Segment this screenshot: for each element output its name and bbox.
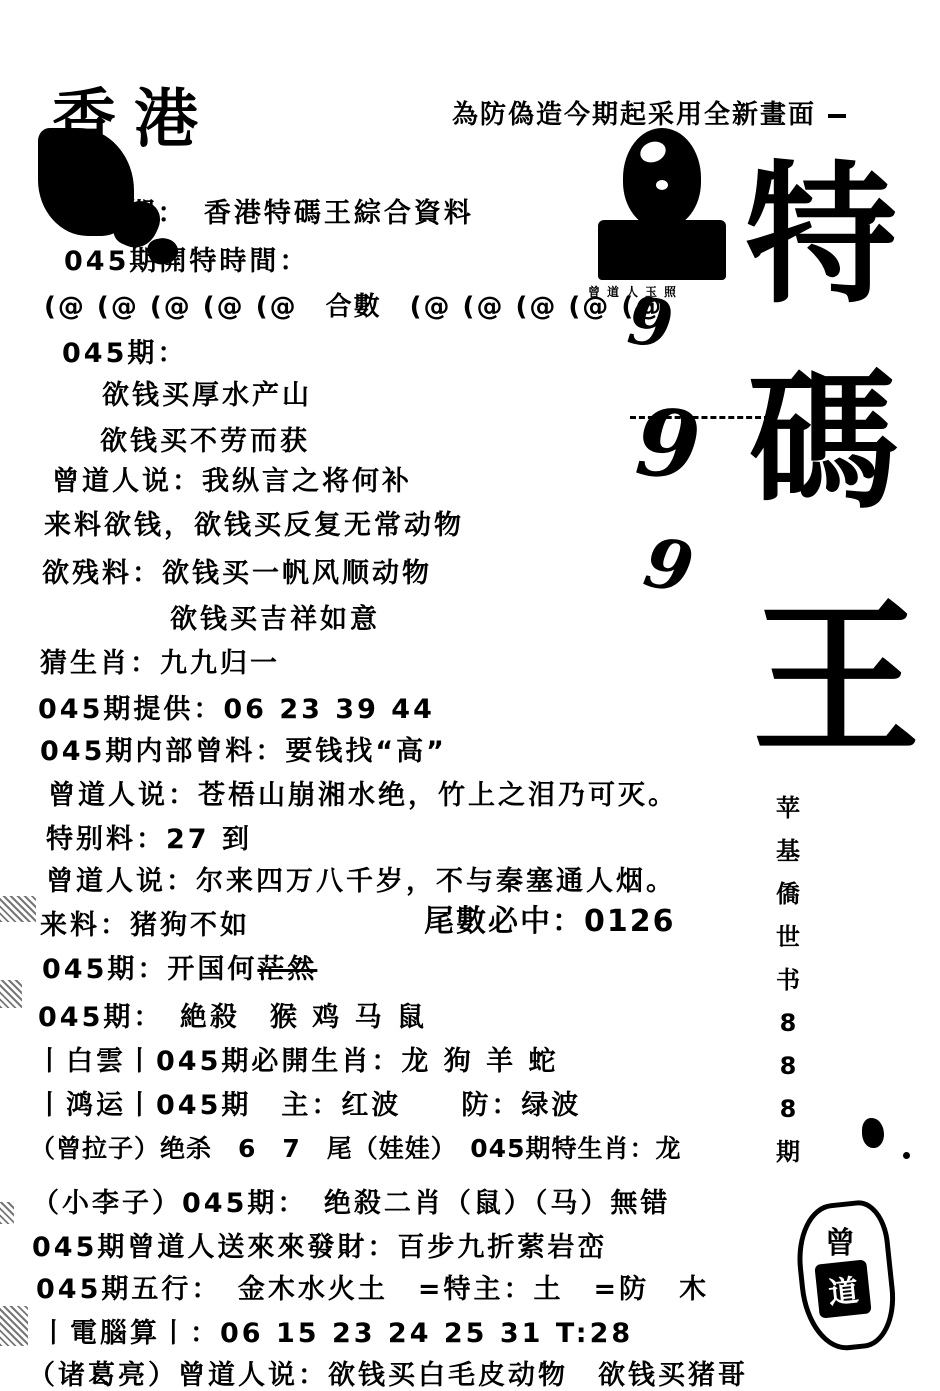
line-absolute-kill: 045期： 絶殺 猴 鸡 马 鼠 — [38, 1002, 427, 1034]
side-char: 僑 — [776, 882, 800, 906]
line-hongyun-waves: 丨鸿运丨045期 主：红波 防：绿波 — [36, 1090, 581, 1122]
corner-logo: 香港 — [52, 88, 216, 152]
line-poem-struck: 045期：开国何茫然 — [42, 954, 317, 986]
scan-noise — [0, 896, 36, 922]
scan-noise — [0, 1306, 28, 1346]
seal-stamp: 曾 道 — [795, 1200, 895, 1350]
line-lailiao-2: 来料：猪狗不如 — [40, 910, 250, 942]
scan-noise — [0, 1202, 14, 1224]
line-zengdaoren-2: 曾道人说：苍梧山崩湘水绝，竹上之泪乃可灭。 — [48, 780, 678, 812]
masthead-char: 王 — [752, 596, 920, 764]
scan-dash-mark — [828, 114, 846, 118]
line-draw-time: 045期開特時間： — [64, 246, 309, 278]
line-lailiao-yuqian: 来料欲钱，欲钱买反复无常动物 — [44, 510, 464, 542]
line-baiyun-zodiac: 丨白雲丨045期必開生肖：龙 狗 羊 蛇 — [36, 1046, 559, 1078]
handwritten-digit: 9 — [633, 396, 703, 492]
line-zenglazi: （曾拉子）绝杀 6 7 尾（娃娃） 045期特生肖：龙 — [30, 1134, 681, 1164]
line-jixiang: 欲钱买吉祥如意 — [170, 604, 380, 636]
seal-char-box: 道 — [814, 1259, 871, 1318]
scan-noise — [0, 980, 22, 1008]
line-issue-title: 045期： 香港特碼王綜合資料 — [62, 198, 474, 230]
seal-char-bottom: 道 — [826, 1266, 860, 1313]
scan-dotted-line — [630, 416, 770, 419]
side-char: 8 — [780, 1097, 797, 1121]
side-char: 苹 — [776, 796, 800, 820]
side-char: 世 — [776, 925, 800, 949]
portrait-shoulders — [598, 220, 726, 280]
side-char: 8 — [780, 1011, 797, 1035]
handwritten-digit: 9 — [639, 528, 697, 603]
line-five-elements: 045期五行： 金木水火土 =特主：土 =防 木 — [36, 1274, 709, 1306]
side-char: 期 — [776, 1140, 800, 1164]
line-zengdaoren-1: 曾道人说：我纵言之将何补 — [52, 466, 412, 498]
side-char: 8 — [780, 1054, 797, 1078]
line-riddle-2: 欲钱买不劳而获 — [100, 426, 310, 458]
line-internal-tip: 045期内部曾料：要钱找“高” — [40, 736, 447, 768]
line-riddle-1: 欲钱买厚水产山 — [102, 380, 312, 412]
header-notice: 為防偽造今期起采用全新畫面 — [452, 94, 816, 131]
line-yucanliao: 欲残料：欲钱买一帆风顺动物 — [42, 558, 432, 590]
line-facai: 045期曾道人送來來發財：百步九折萦岩峦 — [32, 1232, 607, 1264]
line-xiaolizi: （小李子）045期： 绝殺二肖（鼠）（马）無错 — [32, 1188, 670, 1220]
poem-text: 045期：开国何 — [42, 954, 257, 985]
line-at-symbols: (@ (@ (@ (@ (@ 合數 (@ (@ (@ (@ (@ — [44, 292, 663, 323]
line-tail-must-hit: 尾數必中：0126 — [424, 904, 676, 940]
line-computer-calc: 丨電腦算丨：06 15 23 24 25 31 T:28 — [40, 1318, 633, 1350]
portrait-silhouette — [598, 128, 726, 280]
masthead-char: 特 — [745, 160, 897, 312]
seal-char-top: 曾 — [825, 1218, 855, 1262]
line-zengdaoren-3: 曾道人说：尔来四万八千岁，不与秦塞通人烟。 — [46, 866, 676, 898]
line-guess-zodiac: 猜生肖：九九归一 — [40, 648, 280, 680]
side-char: 基 — [776, 839, 800, 863]
line-provided-numbers: 045期提供：06 23 39 44 — [38, 694, 435, 726]
line-zhugeliang: （诸葛亮）曾道人说：欲钱买白毛皮动物 欲钱买猪哥 — [28, 1360, 748, 1391]
poem-struck-text: 茫然 — [257, 954, 317, 985]
line-special-tip: 特别料：27 到 — [46, 824, 252, 856]
portrait-highlight — [656, 180, 668, 190]
scanned-lottery-sheet: 香港 為防偽造今期起采用全新畫面 曾道人玉照 特 碼 王 9 9 9 045期：… — [0, 0, 940, 1391]
masthead-char: 碼 — [748, 368, 898, 518]
ink-spot — [903, 1152, 910, 1159]
side-vertical-text: 苹 基 僑 世 书 8 8 8 期 — [776, 796, 800, 1164]
ink-spot — [862, 1118, 884, 1148]
line-issue-label: 045期： — [62, 338, 187, 370]
side-char: 书 — [776, 968, 800, 992]
